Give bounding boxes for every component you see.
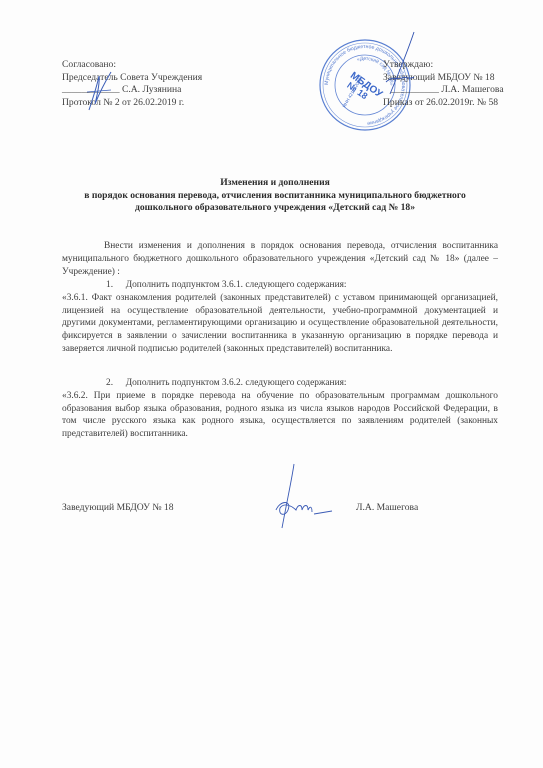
amendment-1-heading-text: Дополнить подпунктом 3.6.1. следующего с… [126, 280, 347, 290]
approval-left-block: Согласовано: Председатель Совета Учрежде… [62, 59, 202, 109]
amendment-1-heading: 1. Дополнить подпунктом 3.6.1. следующег… [62, 279, 498, 292]
document-page: Согласовано: Председатель Совета Учрежде… [0, 0, 543, 768]
amendment-1-number: 1. [106, 280, 113, 290]
approval-right-block: Утверждаю: Заведующий МБДОУ № 18 _______… [383, 59, 504, 109]
amendment-2-heading: 2. Дополнить подпунктом 3.6.2. следующег… [62, 377, 498, 390]
chair-signature-line: ____________ С.А. Лузянина [62, 84, 202, 97]
intro-paragraph: Внести изменения и дополнения в порядок … [62, 240, 498, 278]
title-line-3: дошкольного образовательного учреждения … [60, 202, 490, 215]
agreed-label: Согласовано: [62, 59, 202, 72]
title-line-2: в порядок основания перевода, отчисления… [60, 190, 490, 203]
amendment-item-2: 2. Дополнить подпунктом 3.6.2. следующег… [62, 377, 498, 441]
approved-label: Утверждаю: [383, 59, 504, 72]
signatory-position: Заведующий МБДОУ № 18 [62, 502, 174, 513]
document-title: Изменения и дополнения в порядок основан… [60, 177, 490, 215]
protocol-reference: Протокол № 2 от 26.02.2019 г. [62, 97, 202, 110]
final-signature-icon [258, 462, 338, 532]
title-line-1: Изменения и дополнения [60, 177, 490, 190]
amendment-item-1: 1. Дополнить подпунктом 3.6.1. следующег… [62, 279, 498, 356]
head-position: Заведующий МБДОУ № 18 [383, 72, 504, 85]
order-reference: Приказ от 26.02.2019г. № 58 [383, 97, 504, 110]
signatory-name: Л.А. Машегова [356, 502, 418, 513]
amendment-1-text: «3.6.1. Факт ознакомления родителей (зак… [62, 292, 498, 356]
head-signature-line: __________ Л.А. Машегова [383, 84, 504, 97]
amendment-2-text: «3.6.2. При приеме в порядке перевода на… [62, 390, 498, 441]
amendment-2-heading-text: Дополнить подпунктом 3.6.2. следующего с… [126, 378, 347, 388]
amendment-2-number: 2. [106, 378, 113, 388]
council-chair-position: Председатель Совета Учреждения [62, 72, 202, 85]
